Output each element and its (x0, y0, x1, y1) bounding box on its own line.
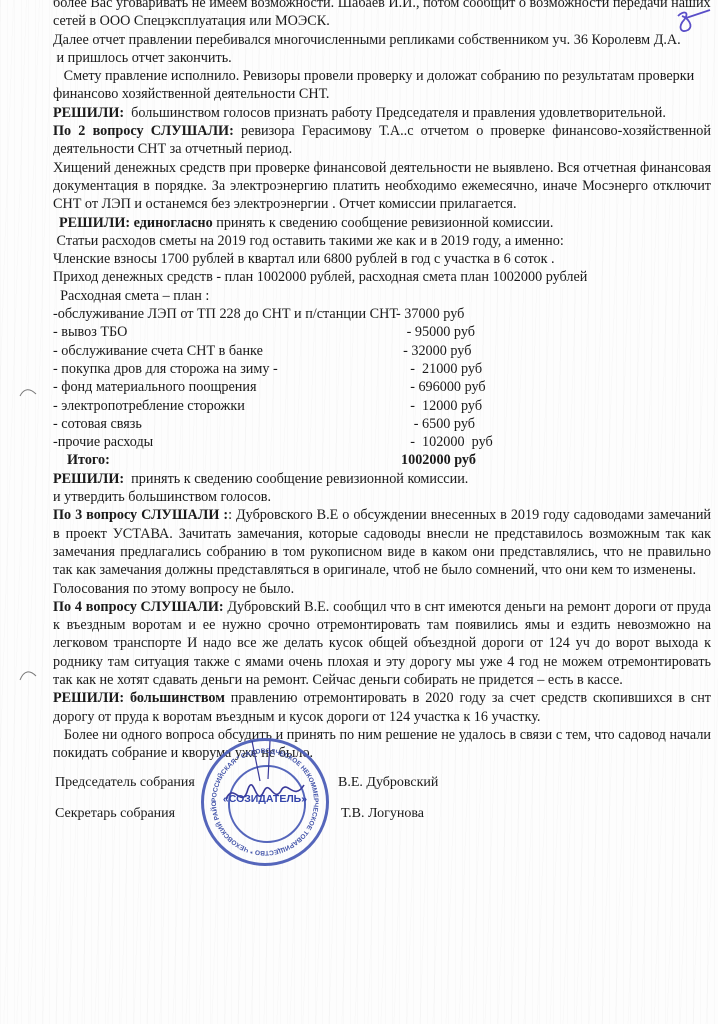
expense-row: - обслуживание счета СНТ в банке - 32000… (53, 342, 711, 360)
expense-total-row: Итого:1002000 руб (53, 451, 711, 469)
margin-mark-icon (18, 386, 38, 398)
decision-label: РЕШИЛИ: (53, 471, 124, 487)
expense-row: - вывоз ТБО - 95000 руб (53, 323, 711, 341)
budget-line: Расходная смета – план : (53, 287, 711, 305)
item-4-label: По 4 вопросу СЛУШАЛИ: (53, 599, 224, 615)
decision-text: большинством голосов признать работу Пре… (124, 105, 666, 121)
decision-text: принять к сведению сообщение ревизионной… (213, 215, 554, 231)
expense-row: - сотовая связь - 6500 руб (53, 415, 711, 433)
decision-label: РЕШИЛИ: (53, 105, 124, 121)
stamp-center-text: «СОЗИДАТЕЛЬ» (204, 793, 326, 805)
text-line: Смету правление исполнило. Ревизоры пров… (53, 67, 711, 85)
decision-label: РЕШИЛИ: большинством (53, 690, 225, 706)
text-line: сетей в ООО Спецэксплуатация или МОЭСК. (53, 12, 711, 30)
item-2-heading: По 2 вопросу СЛУШАЛИ: ревизора Герасимов… (53, 122, 711, 159)
budget-line: Приход денежных средств - план 1002000 р… (53, 268, 711, 286)
decision-text-cont: и утвердить большинством голосов. (53, 488, 711, 506)
text-line: и пришлось отчет закончить. (53, 49, 711, 67)
expense-row: -обслуживание ЛЭП от ТП 228 до СНТ и п/с… (53, 305, 711, 323)
text-line: финансово хозяйственной деятельности СНТ… (53, 85, 711, 103)
expense-row: - фонд материального поощрения - 696000 … (53, 378, 711, 396)
text-line: более Вас уговаривать не имеем возможнос… (53, 0, 711, 12)
document-body: более Вас уговаривать не имеем возможнос… (53, 0, 711, 762)
expense-row: - покупка дров для сторожа на зиму - - 2… (53, 360, 711, 378)
chair-title: Председатель собрания (55, 775, 195, 791)
item-3: По 3 вопросу СЛУШАЛИ :: Дубровского В.Е … (53, 506, 711, 579)
item-2-label: По 2 вопросу СЛУШАЛИ: (53, 123, 234, 139)
item-2-decision: РЕШИЛИ: единогласно принять к сведению с… (53, 214, 711, 232)
text-line: Далее отчет правлении перебивался многоч… (53, 31, 711, 49)
scanned-document-page: более Вас уговаривать не имеем возможнос… (0, 0, 718, 1024)
decision-text: принять к сведению сообщение ревизионной… (124, 471, 468, 487)
decision-label: РЕШИЛИ: единогласно (59, 215, 213, 231)
total-amount: 1002000 руб (401, 451, 476, 469)
handwritten-page-mark-icon (670, 4, 714, 38)
item-2-body: Хищений денежных средств при проверке фи… (53, 159, 711, 214)
secretary-title: Секретарь собрания (55, 806, 175, 822)
total-label: Итого: (53, 451, 110, 469)
budget-line: Статьи расходов сметы на 2019 год остави… (53, 232, 711, 250)
item-4: По 4 вопросу СЛУШАЛИ: Дубровский В.Е. со… (53, 598, 711, 689)
expense-row: - электропотребление сторожки - 12000 ру… (53, 397, 711, 415)
decision-1: РЕШИЛИ: большинством голосов признать ра… (53, 104, 711, 122)
closing-paragraph: Более ни одного вопроса обсудить и приня… (53, 726, 711, 763)
item-4-decision: РЕШИЛИ: большинством правлению отремонти… (53, 689, 711, 726)
expense-list: -обслуживание ЛЭП от ТП 228 до СНТ и п/с… (53, 305, 711, 470)
item-3-label: По 3 вопросу СЛУШАЛИ : (53, 507, 228, 523)
organization-stamp: РОССИЙСКАЯ * САДОВОДЧЕСКОЕ НЕКОММЕРЧЕСКО… (201, 738, 329, 866)
margin-mark-icon (18, 668, 38, 684)
chair-name: В.Е. Дубровский (338, 775, 438, 791)
item-2-decision-2: РЕШИЛИ: принять к сведению сообщение рев… (53, 470, 711, 488)
secretary-name: Т.В. Логунова (341, 806, 424, 822)
expense-row: -прочие расходы - 102000 руб (53, 433, 711, 451)
item-3-vote: Голосования по этому вопросу не было. (53, 580, 711, 598)
budget-line: Членские взносы 1700 рублей в квартал ил… (53, 250, 711, 268)
